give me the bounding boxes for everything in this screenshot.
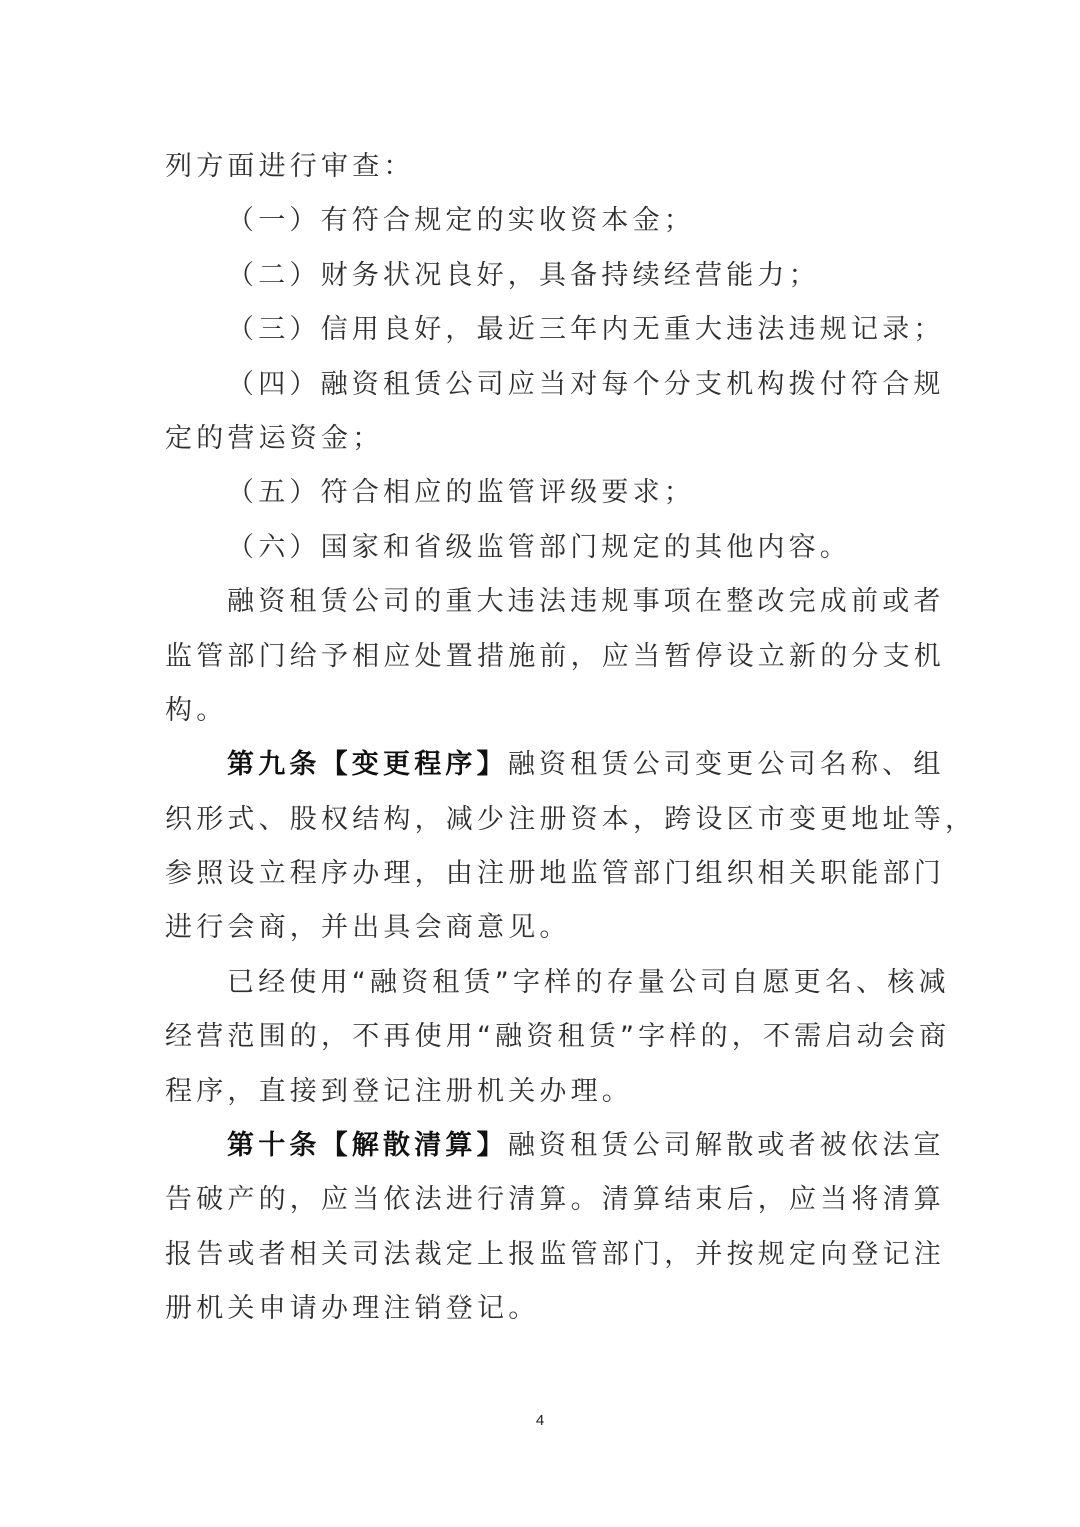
paragraph-suspension: 融资租赁公司的重大违法违规事项在整改完成前或者 xyxy=(165,575,917,629)
article-10-end: 册机关申请办理注销登记。 xyxy=(165,1282,917,1336)
article-10-heading-line: 第十条【解散清算】融资租赁公司解散或者被依法宣 xyxy=(165,1119,917,1173)
paragraph-line-continuation: 列方面进行审查： xyxy=(165,140,917,194)
list-item-6: （六）国家和省级监管部门规定的其他内容。 xyxy=(165,521,917,575)
paragraph-rename-continuation: 经营范围的，不再使用“融资租赁”字样的，不需启动会商 xyxy=(165,1010,917,1064)
paragraph-suspension-continuation: 监管部门给予相应处置措施前，应当暂停设立新的分支机 xyxy=(165,630,917,684)
document-body: 列方面进行审查： （一）有符合规定的实收资本金； （二）财务状况良好，具备持续经… xyxy=(165,140,917,1337)
article-9-heading-line: 第九条【变更程序】融资租赁公司变更公司名称、组 xyxy=(165,738,917,792)
article-10-title: 第十条【解散清算】 xyxy=(227,1130,508,1161)
article-9-title: 第九条【变更程序】 xyxy=(227,749,508,780)
paragraph-rename-end: 程序，直接到登记注册机关办理。 xyxy=(165,1065,917,1119)
paragraph-rename: 已经使用“融资租赁”字样的存量公司自愿更名、核减 xyxy=(165,956,917,1010)
article-10-text: 融资租赁公司解散或者被依法宣 xyxy=(508,1130,945,1161)
paragraph-suspension-end: 构。 xyxy=(165,684,917,738)
article-9-continuation: 织形式、股权结构，减少注册资本，跨设区市变更地址等， xyxy=(165,793,917,847)
list-item-3: （三）信用良好，最近三年内无重大违法违规记录； xyxy=(165,303,917,357)
article-9-text: 融资租赁公司变更公司名称、组 xyxy=(508,749,945,780)
article-9-end: 进行会商，并出具会商意见。 xyxy=(165,901,917,955)
article-10-continuation: 报告或者相关司法裁定上报监管部门，并按规定向登记注 xyxy=(165,1228,917,1282)
list-item-5: （五）符合相应的监管评级要求； xyxy=(165,466,917,520)
article-9-continuation: 参照设立程序办理，由注册地监管部门组织相关职能部门 xyxy=(165,847,917,901)
article-10-continuation: 告破产的，应当依法进行清算。清算结束后，应当将清算 xyxy=(165,1173,917,1227)
page-number: 4 xyxy=(0,1412,1080,1429)
list-item-4: （四）融资租赁公司应当对每个分支机构拨付符合规 xyxy=(165,358,917,412)
list-item-2: （二）财务状况良好，具备持续经营能力； xyxy=(165,249,917,303)
document-page: 列方面进行审查： （一）有符合规定的实收资本金； （二）财务状况良好，具备持续经… xyxy=(0,0,1080,1527)
list-item-4-continuation: 定的营运资金； xyxy=(165,412,917,466)
list-item-1: （一）有符合规定的实收资本金； xyxy=(165,194,917,248)
